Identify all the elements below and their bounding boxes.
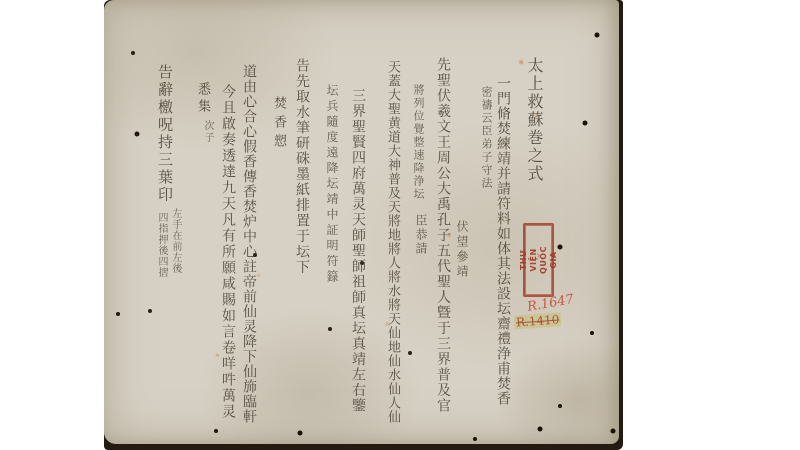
photo-backing-board: 太上救蘇巻之式 一門脩焚練靖并請符料如体其法設坛齋禮浄甫焚香 密禱云臣弟子守法 …: [104, 0, 623, 450]
manuscript-column: 告先取水筆研硃墨紙排置于坛下: [295, 58, 309, 275]
manuscript-column: 將列位覺整速降浄坛: [413, 84, 424, 201]
scan-page: 太上救蘇巻之式 一門脩焚練靖并請符料如体其法設坛齋禮浄甫焚香 密禱云臣弟子守法 …: [0, 0, 800, 450]
shelfmark-cancelled: R.1410: [514, 312, 562, 329]
manuscript-column: 坛兵隨度遠降坛靖中証明符籙: [326, 84, 338, 286]
wormhole-specks: [104, 0, 106, 2]
manuscript-column: 道由心合心假香傳香焚炉中心註帝前仙灵降下仙斾臨軒: [242, 64, 256, 424]
manuscript-column: 伏望參靖: [456, 220, 468, 280]
title-column: 太上救蘇巻之式: [526, 57, 542, 183]
manuscript-column: 告辭檄呪持三葉印: [157, 64, 172, 204]
manuscript-column: 密禱云臣弟子守法: [481, 86, 492, 190]
library-stamp: THƯ VIỆN QUỐC GIA: [523, 223, 554, 297]
manuscript-column: 三界聖賢四府萬灵天師聖師祖師真坛真靖左右鑒: [351, 88, 365, 414]
library-stamp-line2: QUỐC GIA: [539, 246, 559, 274]
manuscript-column: 臣恭請: [415, 214, 427, 256]
manuscript-column: 悉集: [196, 82, 209, 116]
manuscript-column: 一門脩焚練靖并請符料如体其法設坛齋禮浄甫焚香: [496, 76, 510, 406]
manuscript-column: 四指押後四摺: [156, 212, 166, 278]
manuscript-column: 天蓋大聖黄道大神普及天將地將人將水將天仙地仙水仙人仙: [386, 60, 399, 424]
library-stamp-text: THƯ VIỆN QUỐC GIA: [519, 246, 559, 274]
manuscript-column: 左手在前左後: [170, 208, 180, 274]
manuscript-leaf: 太上救蘇巻之式 一門脩焚練靖并請符料如体其法設坛齋禮浄甫焚香 密禱云臣弟子守法 …: [104, 0, 619, 444]
library-stamp-line1: THƯ VIỆN: [519, 246, 539, 274]
manuscript-column: 今且啟奏透達九天凡有所願咸賜如言卷咩吽萬灵: [221, 84, 235, 420]
manuscript-column: 焚香愬: [272, 96, 285, 153]
manuscript-column: 次子: [202, 120, 212, 144]
manuscript-column: 先聖伏羲文王周公大禹孔子五代聖人曁于三界普及官: [436, 57, 450, 414]
